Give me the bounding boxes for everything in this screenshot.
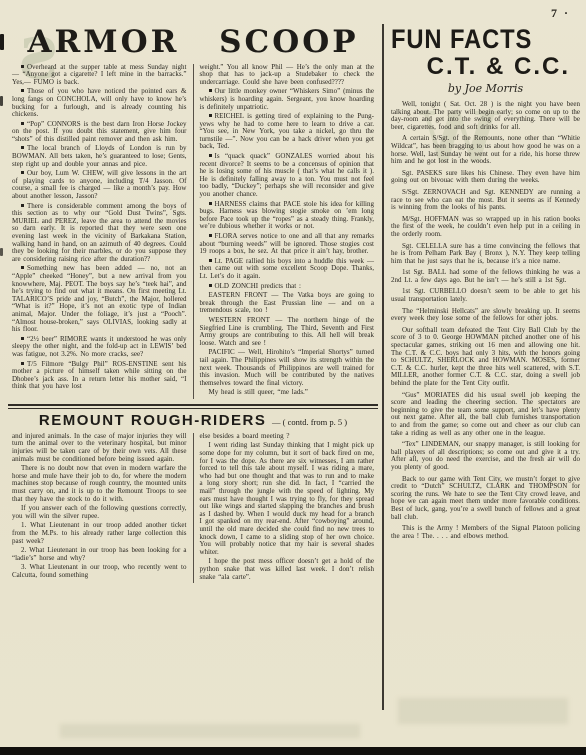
square-bullet-icon bbox=[21, 89, 24, 92]
double-horizontal-rule bbox=[8, 404, 378, 409]
square-bullet-icon bbox=[21, 362, 24, 365]
scan-edge-mark bbox=[0, 96, 3, 106]
paragraph: Well, tonight ( Sat. Oct. 28 ) is the ni… bbox=[391, 101, 580, 131]
paragraph: This is the Army ! Members of the Signal… bbox=[391, 525, 580, 540]
paragraph: Our softball team defeated the Tent City… bbox=[391, 327, 580, 388]
fun-facts-title: FUN FACTS C.T. & C.C. bbox=[391, 26, 580, 79]
paragraph: Our boy, Lum W. CHEW, will give lessons … bbox=[12, 170, 187, 200]
paragraph: “Gus” MORIATES did his usual swell job k… bbox=[391, 392, 580, 438]
paragraph: Something new has been added — no, not a… bbox=[12, 265, 187, 333]
paragraph: 1st Sgt. CURBELLO doesn’t seem to be abl… bbox=[391, 288, 580, 303]
paragraph: “Pop” CONNORS is the best darn Iron Hors… bbox=[12, 121, 187, 144]
square-bullet-icon bbox=[21, 171, 24, 174]
paragraph: “2½ beer” RIMORE wants it understood he … bbox=[12, 336, 187, 359]
fun-facts-section: FUN FACTS C.T. & C.C. by Joe Morris Well… bbox=[382, 24, 580, 710]
paragraph: There is considerable comment among the … bbox=[12, 203, 187, 264]
paragraph: OLD ZONCHI predicts that : bbox=[200, 283, 375, 291]
remount-columns: and injured animals. In the case of majo… bbox=[6, 433, 380, 583]
square-bullet-icon bbox=[21, 146, 24, 149]
paragraph: Our little monkey owner “Whiskers Simo” … bbox=[200, 88, 375, 111]
armor-scoop-title: ARMOR SCOOP bbox=[6, 26, 380, 59]
paragraph: I hope the post mess officer doesn’t get… bbox=[200, 558, 375, 581]
show-through-smudge bbox=[60, 724, 360, 738]
paragraph: weight.” You all know Phil — He’s the on… bbox=[200, 64, 375, 87]
remount-column-2: else besides a board meeting ?I went rid… bbox=[193, 433, 381, 583]
paragraph: 3. What Lieutenant in our troop, who rec… bbox=[12, 564, 187, 579]
fun-facts-title-line2: C.T. & C.C. bbox=[391, 55, 580, 79]
paragraph: The local branch of Lloyds of London is … bbox=[12, 145, 187, 168]
paragraph: HARNESS claims that PACE stole his idea … bbox=[200, 201, 375, 231]
square-bullet-icon bbox=[21, 266, 24, 269]
paragraph: PACIFIC — Well, Hirohito’s “Imperial Sho… bbox=[200, 349, 375, 387]
paragraph: Back to our game with Tent City, we must… bbox=[391, 476, 580, 522]
paragraph: My head is still queer, “me lads.” bbox=[200, 389, 375, 397]
fun-facts-column: Well, tonight ( Sat. Oct. 28 ) is the ni… bbox=[391, 101, 580, 540]
paragraph: T/5 Filmore “Bulgy Phil” ROS-ENSTINE sen… bbox=[12, 361, 187, 391]
square-bullet-icon bbox=[21, 65, 24, 68]
square-bullet-icon bbox=[21, 337, 24, 340]
armor-scoop-section: ARMOR SCOOP Overheard at the supper tabl… bbox=[6, 26, 380, 583]
paragraph: Sgt. CELELLA sure has a time convincing … bbox=[391, 243, 580, 266]
newspaper-page: S W 7 · ARMOR SCOOP Overheard at the sup… bbox=[0, 0, 586, 755]
armor-scoop-columns: Overheard at the supper table at mess Su… bbox=[6, 64, 380, 399]
paragraph: S/Sgt. ZERNOVACH and Sgt. KENNEDY are ru… bbox=[391, 189, 580, 212]
square-bullet-icon bbox=[209, 202, 212, 205]
paragraph: Lt. PAGE rallied his boys into a huddle … bbox=[200, 258, 375, 281]
paragraph: REICHEL is getting tired of explaining t… bbox=[200, 113, 375, 151]
paragraph: There is no doubt now that even in moder… bbox=[12, 465, 187, 503]
square-bullet-icon bbox=[209, 284, 212, 287]
paragraph: M/Sgt. HOFFMAN was so wrapped up in his … bbox=[391, 216, 580, 239]
paragraph: 1st Sgt. BALL had some of the fellows th… bbox=[391, 269, 580, 284]
square-bullet-icon bbox=[209, 259, 212, 262]
fun-facts-byline: by Joe Morris bbox=[391, 82, 580, 95]
paragraph: 1. What Lieutenant in our troop added an… bbox=[12, 522, 187, 545]
square-bullet-icon bbox=[209, 234, 212, 237]
remount-continued-note: — ( contd. from p. 5 ) bbox=[272, 417, 347, 427]
paragraph: The “Helminski Hellcats” are slowly brea… bbox=[391, 308, 580, 323]
square-bullet-icon bbox=[21, 204, 24, 207]
armor-scoop-column-2: weight.” You all know Phil — He’s the on… bbox=[193, 64, 381, 399]
remount-title: REMOUNT ROUGH-RIDERS — ( contd. from p. … bbox=[6, 412, 380, 429]
bottom-edge-bar bbox=[0, 747, 586, 755]
paragraph: A certain S/Sgt. of the Remounts, none o… bbox=[391, 135, 580, 165]
scan-edge-mark bbox=[0, 248, 3, 256]
square-bullet-icon bbox=[209, 154, 212, 157]
armor-scoop-column-1: Overheard at the supper table at mess Su… bbox=[6, 64, 193, 399]
paragraph: and injured animals. In the case of majo… bbox=[12, 433, 187, 463]
paragraph: Overheard at the supper table at mess Su… bbox=[12, 64, 187, 87]
square-bullet-icon bbox=[21, 122, 24, 125]
paragraph: else besides a board meeting ? bbox=[200, 433, 375, 441]
paragraph: EASTERN FRONT — The Vatka boys are going… bbox=[200, 292, 375, 315]
paragraph: Is “quack quack” GONZALES worried about … bbox=[200, 153, 375, 199]
square-bullet-icon bbox=[209, 89, 212, 92]
paragraph: FLORA serves notice to one and all that … bbox=[200, 233, 375, 256]
scan-edge-mark bbox=[0, 34, 4, 50]
remount-title-text: REMOUNT ROUGH-RIDERS bbox=[39, 412, 267, 429]
square-bullet-icon bbox=[209, 114, 212, 117]
fun-facts-title-line1: FUN FACTS bbox=[391, 26, 557, 53]
paragraph: 2. What Lieutenant in our troop has been… bbox=[12, 547, 187, 562]
page-number: 7 · bbox=[551, 6, 570, 21]
paragraph: If you answer each of the following ques… bbox=[12, 505, 187, 520]
paragraph: “Tex” LINDEMAN, our snappy manager, is s… bbox=[391, 441, 580, 471]
remount-column-1: and injured animals. In the case of majo… bbox=[6, 433, 193, 583]
paragraph: Those of you who have noticed the pointe… bbox=[12, 88, 187, 118]
paragraph: I went riding last Sunday thinking that … bbox=[200, 442, 375, 556]
paragraph: WESTERN FRONT — The northern hinge of th… bbox=[200, 317, 375, 347]
remount-section: REMOUNT ROUGH-RIDERS — ( contd. from p. … bbox=[6, 412, 380, 583]
paragraph: Sgt. PASEKS sure likes his Chinese. They… bbox=[391, 170, 580, 185]
